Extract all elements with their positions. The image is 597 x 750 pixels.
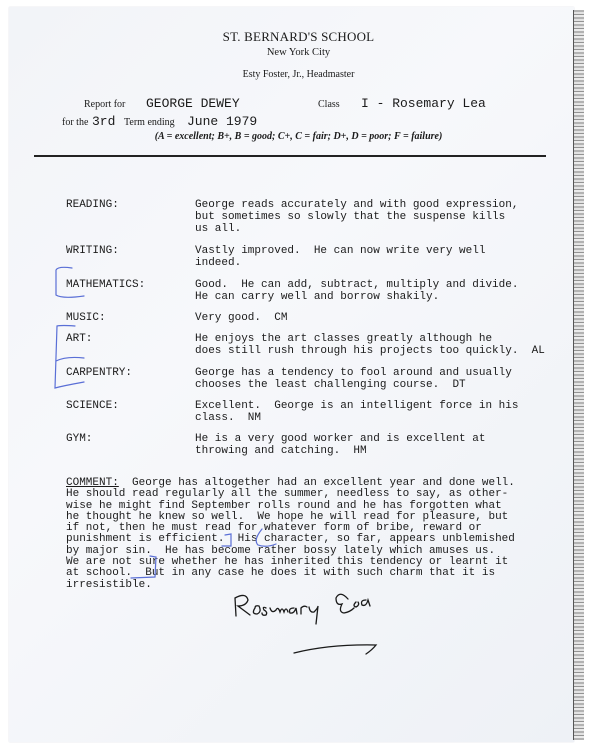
subject-comment-music: Very good. CM bbox=[195, 312, 287, 324]
subject-comment-reading: George reads accurately and with good ex… bbox=[195, 199, 518, 235]
term-ending-date: June 1979 bbox=[187, 114, 257, 129]
teacher-comment: COMMENT: George has altogether had an ex… bbox=[66, 478, 515, 591]
subject-comment-science: Excellent. George is an intelligent forc… bbox=[195, 400, 518, 424]
subject-label-gym: GYM: bbox=[66, 433, 92, 445]
class-value: I - Rosemary Lea bbox=[361, 96, 486, 111]
subject-label-music: MUSIC: bbox=[66, 312, 106, 324]
subject-label-mathematics: MATHEMATICS: bbox=[66, 279, 145, 291]
school-name: ST. BERNARD'S SCHOOL bbox=[0, 29, 597, 45]
for-the-label: for the bbox=[62, 117, 88, 128]
underlying-page-edge bbox=[574, 10, 584, 740]
grading-scale: (A = excellent; B+, B = good; C+, C = fa… bbox=[0, 131, 597, 142]
report-for-label: Report for bbox=[84, 99, 125, 110]
subject-comment-art: He enjoys the art classes greatly althou… bbox=[195, 333, 545, 357]
subject-label-writing: WRITING: bbox=[66, 245, 119, 257]
student-name: GEORGE DEWEY bbox=[146, 96, 240, 111]
school-city: New York City bbox=[0, 47, 597, 58]
subject-comment-gym: He is a very good worker and is excellen… bbox=[195, 433, 485, 457]
subject-comment-writing: Vastly improved. He can now write very w… bbox=[195, 245, 485, 269]
comment-text: George has altogether had an excellent y… bbox=[66, 477, 515, 591]
comment-label: COMMENT: bbox=[66, 477, 119, 489]
subject-comment-carpentry: George has a tendency to fool around and… bbox=[195, 367, 512, 391]
subject-label-reading: READING: bbox=[66, 199, 119, 211]
subject-label-science: SCIENCE: bbox=[66, 400, 119, 412]
header-divider bbox=[34, 155, 546, 157]
subject-label-carpentry: CARPENTRY: bbox=[66, 367, 132, 379]
subject-label-art: ART: bbox=[66, 333, 92, 345]
term-ending-label: Term ending bbox=[124, 117, 175, 128]
class-label: Class bbox=[318, 99, 340, 110]
term-number: 3rd bbox=[92, 114, 115, 129]
subject-comment-mathematics: Good. He can add, subtract, multiply and… bbox=[195, 279, 518, 303]
headmaster: Esty Foster, Jr., Headmaster bbox=[0, 69, 597, 80]
